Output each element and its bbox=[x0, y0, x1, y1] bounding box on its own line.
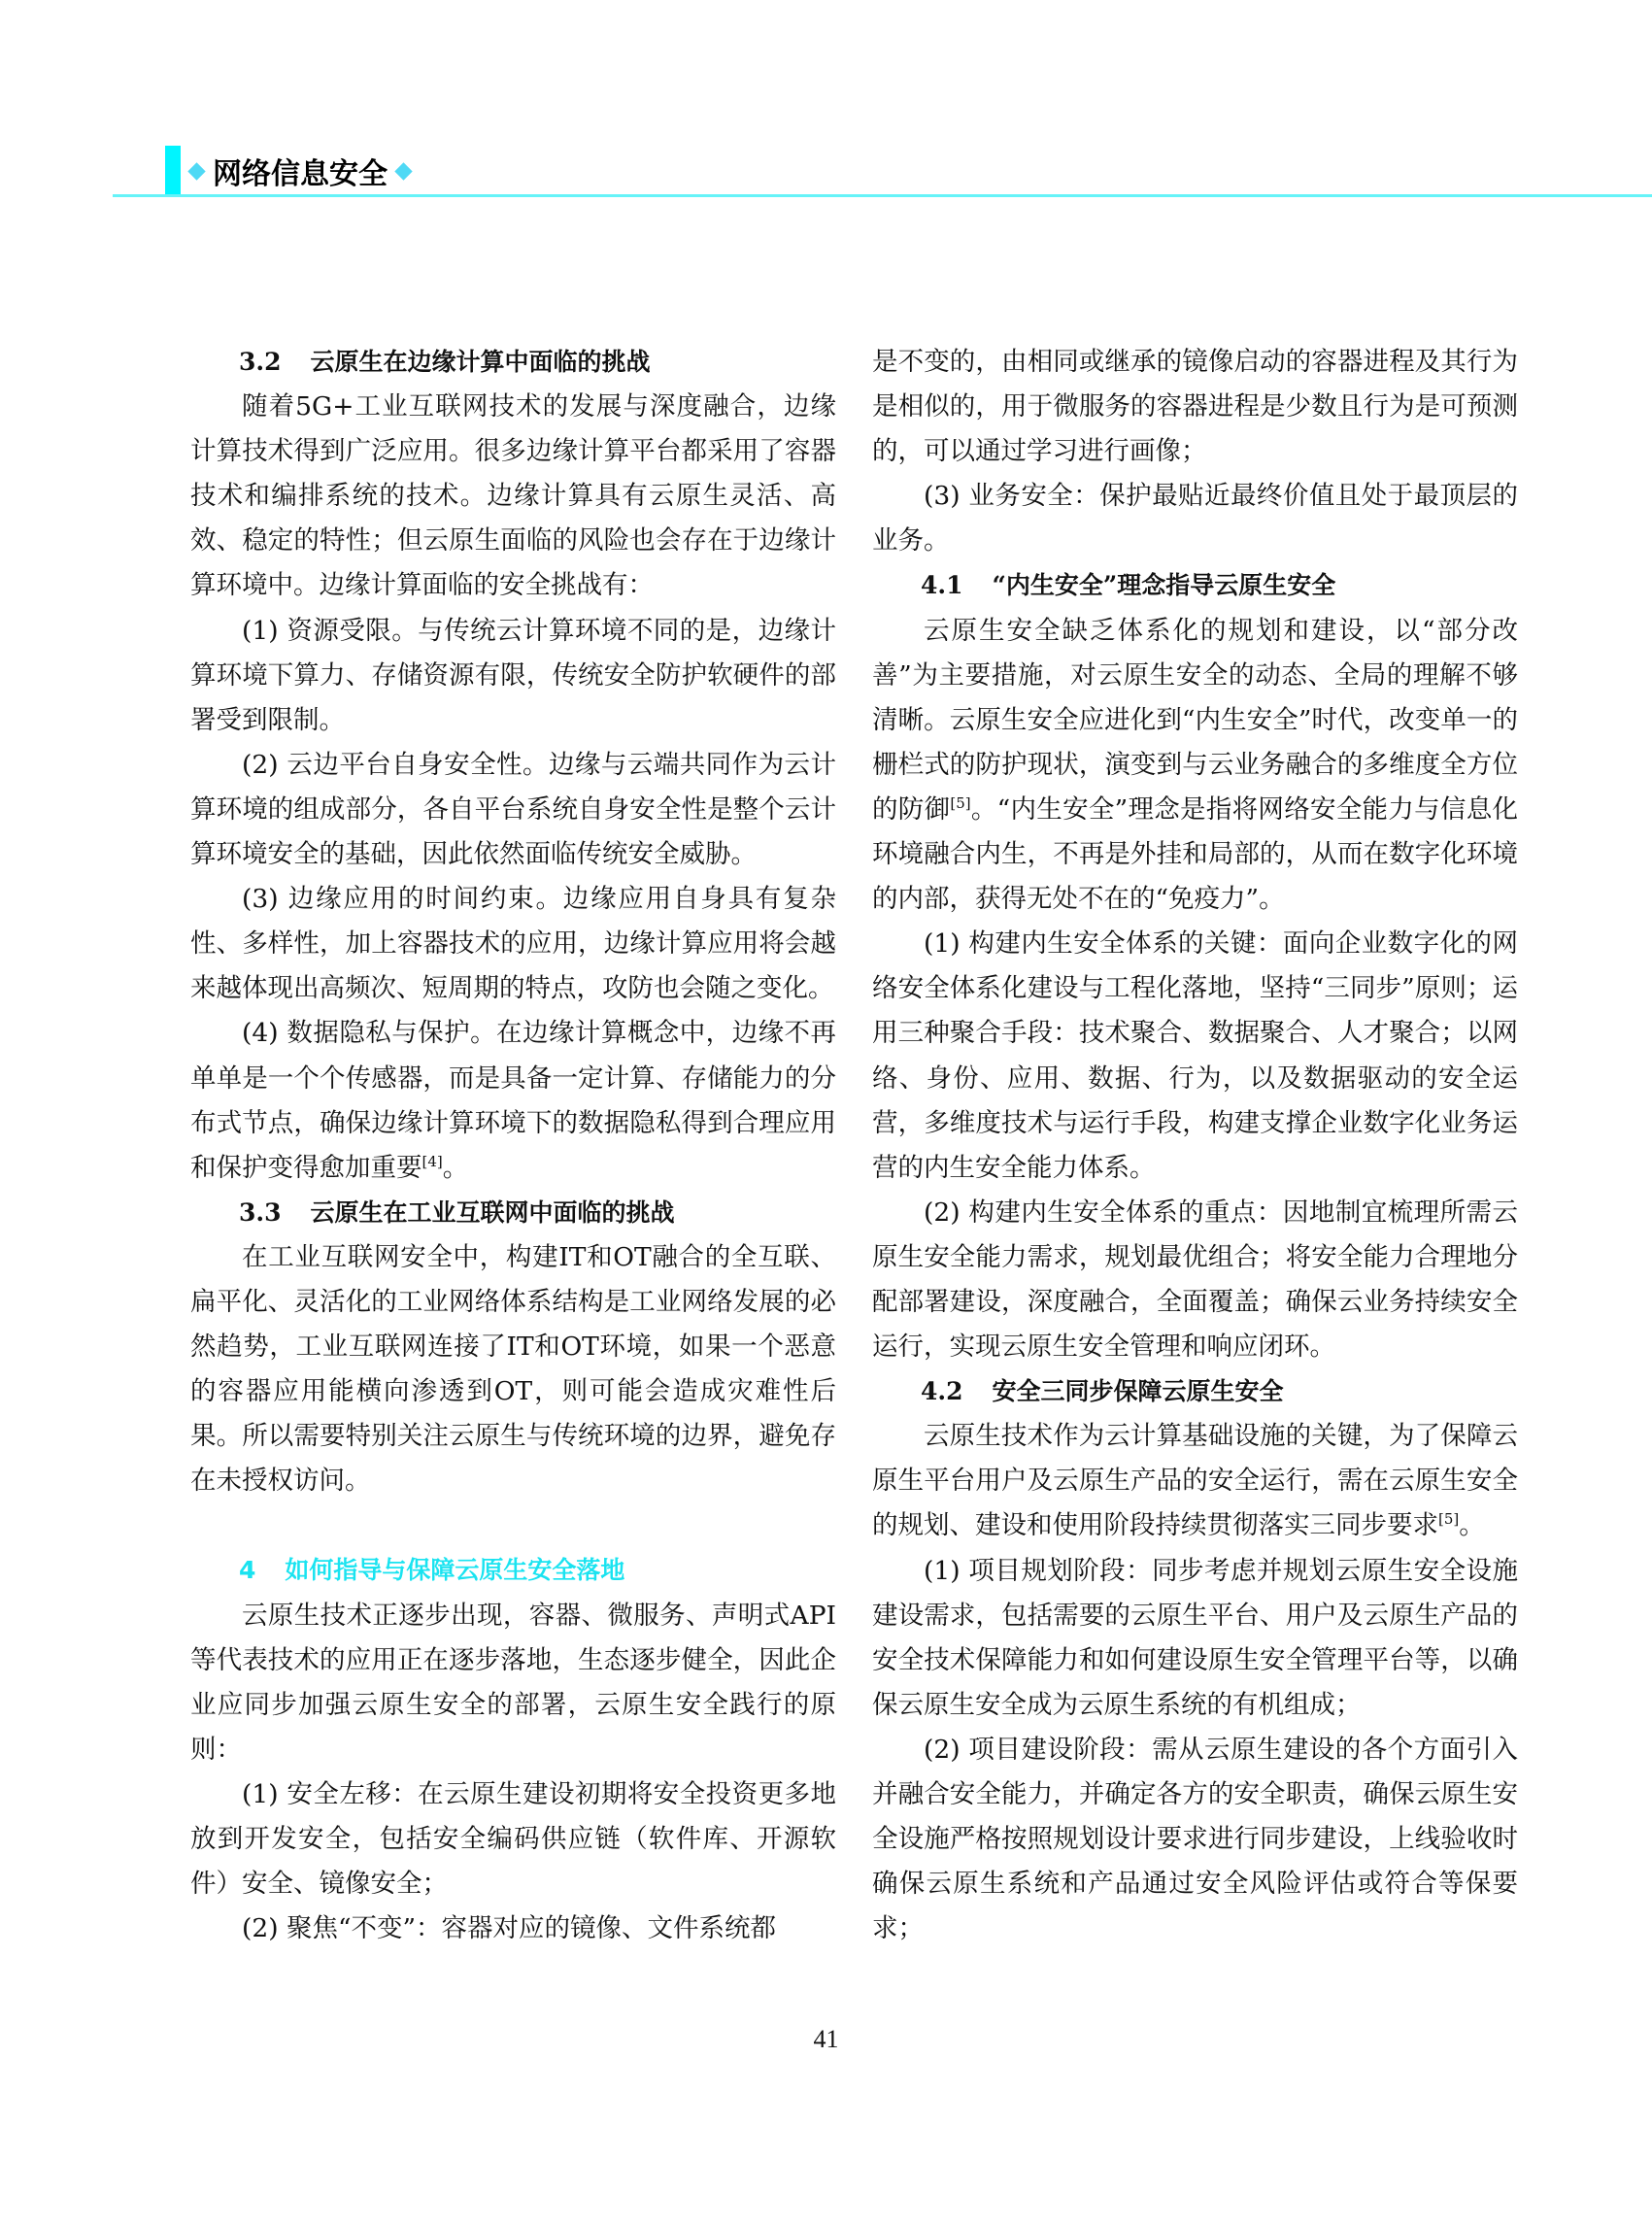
heading-number: 4 bbox=[239, 1556, 255, 1584]
section-banner-title: 网络信息安全 bbox=[213, 150, 388, 192]
list-item: (2) 项目建设阶段：需从云原生建设的各个方面引入并融合安全能力，并确定各方的安… bbox=[872, 1728, 1518, 1951]
list-item: (1) 项目规划阶段：同步考虑并规划云原生安全设施建设需求，包括需要的云原生平台… bbox=[872, 1549, 1518, 1728]
heading-number: 3.3 bbox=[239, 1198, 282, 1227]
paragraph: 云原生技术正逐步出现，容器、微服务、声明式API等代表技术的应用正在逐步落地，生… bbox=[190, 1594, 836, 1772]
page-number: 41 bbox=[0, 2025, 1652, 2054]
paragraph-text: 云原生技术作为云计算基础设施的关键，为了保障云原生平台用户及云原生产品的安全运行… bbox=[872, 1421, 1518, 1540]
list-item: (2) 聚焦“不变”：容器对应的镜像、文件系统都 bbox=[190, 1906, 836, 1951]
paragraph: 云原生安全缺乏体系化的规划和建设，以“部分改善”为主要措施，对云原生安全的动态、… bbox=[872, 609, 1518, 923]
heading-4-2: 4.2安全三同步保障云原生安全 bbox=[872, 1369, 1518, 1414]
heading-number: 3.2 bbox=[239, 348, 282, 376]
right-column: 是不变的，由相同或继承的镜像启动的容器进程及其行为是相似的，用于微服务的容器进程… bbox=[872, 340, 1518, 1951]
list-item: (1) 安全左移：在云原生建设初期将安全投资更多地放到开发安全，包括安全编码供应… bbox=[190, 1772, 836, 1906]
heading-text: 云原生在边缘计算中面临的挑战 bbox=[311, 348, 651, 376]
left-column: 3.2云原生在边缘计算中面临的挑战 随着5G+工业互联网技术的发展与深度融合，边… bbox=[190, 340, 836, 1951]
list-item: (3) 边缘应用的时间约束。边缘应用自身具有复杂性、多样性，加上容器技术的应用，… bbox=[190, 877, 836, 1011]
heading-3-3: 3.3云原生在工业互联网中面临的挑战 bbox=[190, 1191, 836, 1235]
list-item: (2) 构建内生安全体系的重点：因地制宜梳理所需云原生安全能力需求，规划最优组合… bbox=[872, 1191, 1518, 1369]
diamond-left-icon bbox=[187, 162, 205, 180]
paragraph-text: 云原生安全缺乏体系化的规划和建设，以“部分改善”为主要措施，对云原生安全的动态、… bbox=[872, 616, 1518, 825]
citation-ref: [5] bbox=[1438, 1511, 1459, 1529]
paragraph-text: 。“内生安全”理念是指将网络安全能力与信息化环境融合内生，不再是外挂和局部的，从… bbox=[872, 794, 1518, 914]
punctuation: 。 bbox=[443, 1153, 469, 1183]
list-item-continuation: 是不变的，由相同或继承的镜像启动的容器进程及其行为是相似的，用于微服务的容器进程… bbox=[872, 340, 1518, 474]
paragraph: 云原生技术作为云计算基础设施的关键，为了保障云原生平台用户及云原生产品的安全运行… bbox=[872, 1414, 1518, 1548]
list-item-text: (4) 数据隐私与保护。在边缘计算概念中，边缘不再单单是一个个传感器，而是具备一… bbox=[190, 1018, 836, 1182]
heading-text: 如何指导与保障云原生安全落地 bbox=[285, 1556, 624, 1584]
heading-text: 安全三同步保障云原生安全 bbox=[993, 1377, 1284, 1405]
heading-4: 4如何指导与保障云原生安全落地 bbox=[190, 1548, 836, 1593]
heading-4-1: 4.1“内生安全”理念指导云原生安全 bbox=[872, 563, 1518, 608]
list-item: (4) 数据隐私与保护。在边缘计算概念中，边缘不再单单是一个个传感器，而是具备一… bbox=[190, 1011, 836, 1190]
header-rule-line bbox=[113, 194, 1652, 197]
heading-text: “内生安全”理念指导云原生安全 bbox=[993, 571, 1336, 599]
paragraph: 在工业互联网安全中，构建IT和OT融合的全互联、扁平化、灵活化的工业网络体系结构… bbox=[190, 1235, 836, 1504]
section-banner: 网络信息安全 bbox=[185, 152, 420, 190]
list-item: (1) 构建内生安全体系的关键：面向企业数字化的网络安全体系化建设与工程化落地，… bbox=[872, 922, 1518, 1191]
paragraph: 随着5G+工业互联网技术的发展与深度融合，边缘计算技术得到广泛应用。很多边缘计算… bbox=[190, 385, 836, 608]
heading-number: 4.2 bbox=[921, 1377, 963, 1405]
list-item: (2) 云边平台自身安全性。边缘与云端共同作为云计算环境的组成部分，各自平台系统… bbox=[190, 743, 836, 877]
heading-3-2: 3.2云原生在边缘计算中面临的挑战 bbox=[190, 340, 836, 385]
heading-text: 云原生在工业互联网中面临的挑战 bbox=[311, 1198, 675, 1227]
punctuation: 。 bbox=[1459, 1510, 1485, 1540]
list-item: (3) 业务安全：保护最贴近最终价值且处于最顶层的业务。 bbox=[872, 474, 1518, 563]
heading-number: 4.1 bbox=[921, 571, 963, 599]
citation-ref: [4] bbox=[422, 1153, 443, 1170]
header-accent-bar bbox=[165, 146, 181, 196]
diamond-right-icon bbox=[394, 162, 412, 180]
list-item: (1) 资源受限。与传统云计算环境不同的是，边缘计算环境下算力、存储资源有限，传… bbox=[190, 609, 836, 743]
citation-ref: [5] bbox=[950, 794, 970, 812]
